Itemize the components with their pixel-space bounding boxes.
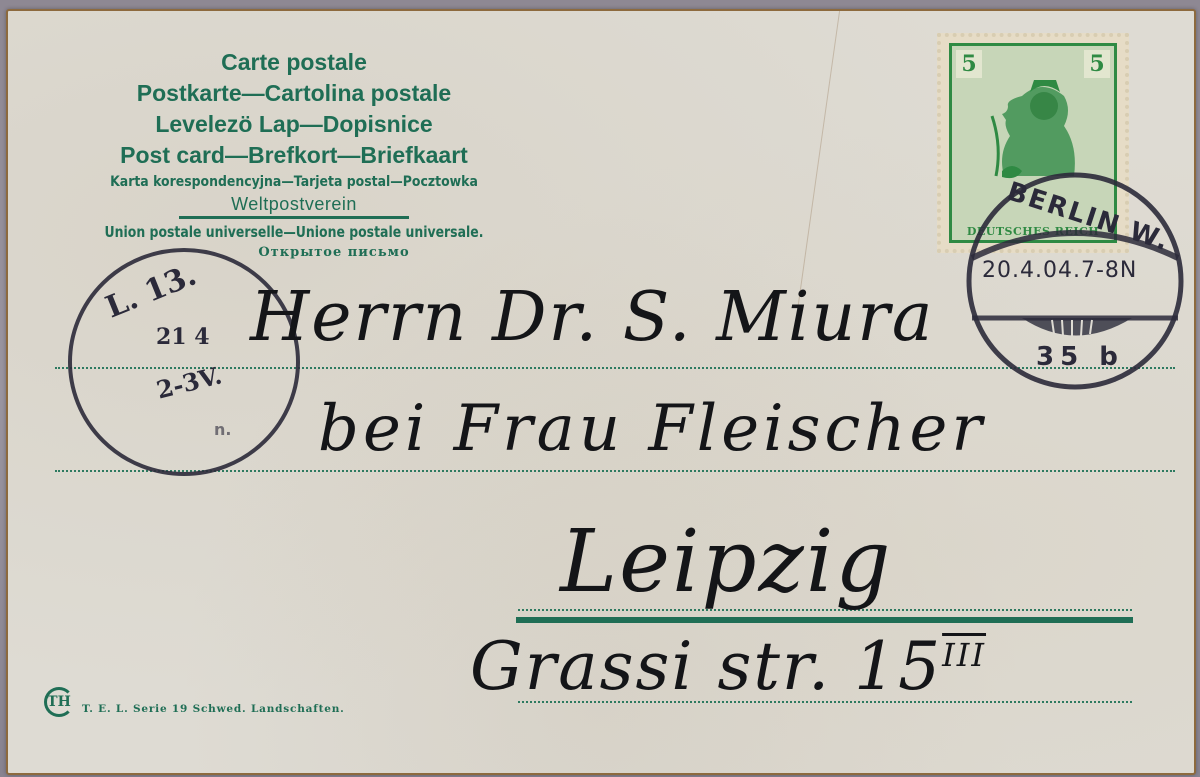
address-city-underline [516,617,1133,623]
publisher-text: T. E. L. Serie 19 Schwed. Landschaften. [82,703,345,717]
arrival-line-2: 21 4 [156,324,210,350]
address-line-4: Grassi str. 15III [470,628,986,705]
paper-crease [797,11,842,311]
address-street: Grassi str. 15 [470,628,942,705]
union-underline [179,216,409,219]
postmark-origin: BERLIN W. 20.4.04.7-8N 35 b [962,168,1188,394]
address-floor: III [942,636,986,674]
heading-multilingual-line: Karta korespondencyjna—Tarjeta postal—Po… [77,171,510,193]
address-line-2: bei Frau Fleischer [318,392,986,466]
heading-line-4: Post card—Brefkort—Briefkaart [42,140,546,171]
address-line-1: Herrn Dr. S. Miura [250,278,934,357]
printed-heading: Carte postale Postkarte—Cartolina postal… [42,47,546,263]
publisher-imprint: TH T. E. L. Serie 19 Schwed. Landschafte… [44,687,345,717]
address-line-3: Leipzig [560,512,892,612]
postmark-date: 20.4.04.7-8N [982,258,1137,283]
heading-line-2: Postkarte—Cartolina postale [42,78,546,109]
heading-line-3: Levelezö Lap—Dopisnice [42,109,546,140]
arrival-line-4: n. [214,420,231,439]
union-name: Weltpostverein [42,193,546,215]
postmark-office: 35 b [1036,342,1124,372]
heading-line-1: Carte postale [42,47,546,78]
union-line: Union postale universelle—Unione postale… [85,221,503,243]
tel-monogram-icon: TH [44,687,74,717]
